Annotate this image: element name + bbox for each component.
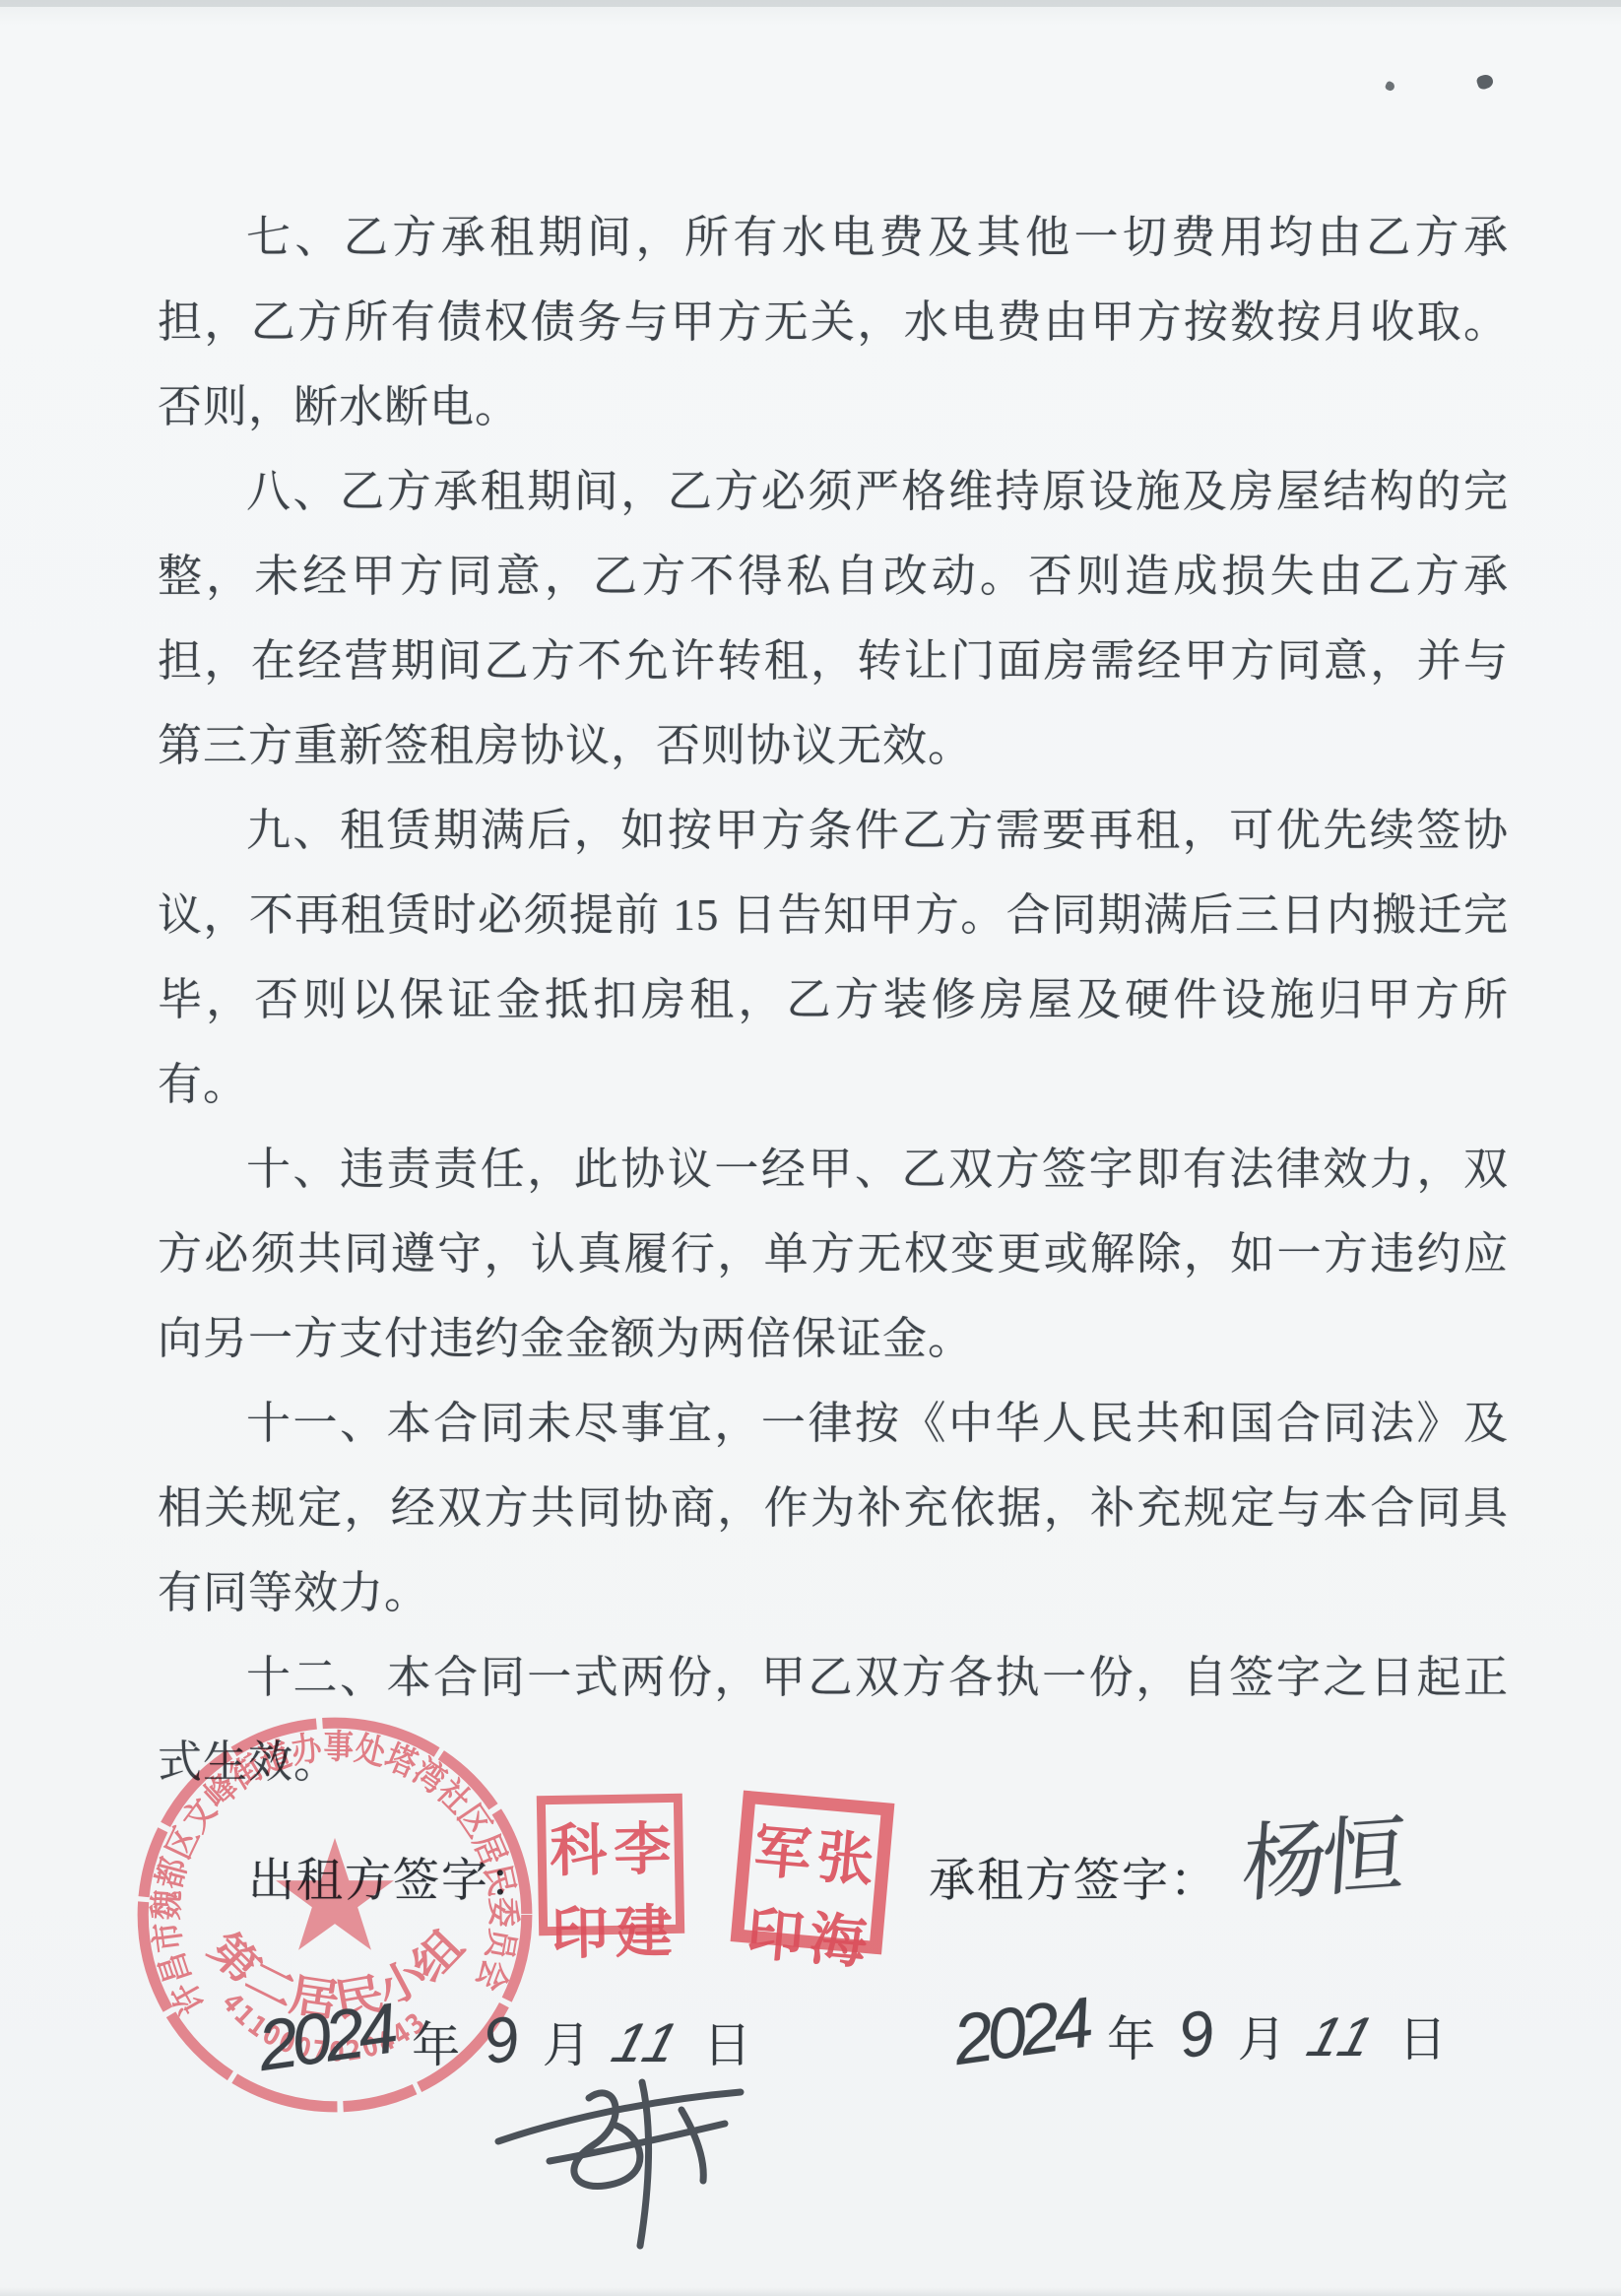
seal-char: 建 xyxy=(611,1885,676,1969)
contract-clause-11: 十一、本合同未尽事宜，一律按《中华人民共和国合同法》及相关规定，经双方共同协商，… xyxy=(158,1381,1509,1635)
seal-char: 印 xyxy=(547,1886,612,1970)
scan-speck xyxy=(1385,81,1396,93)
lessor-date-year-unit: 年 xyxy=(412,2007,460,2076)
scanned-contract-page: 七、乙方承租期间，所有水电费及其他一切费用均由乙方承担，乙方所有债权债务与甲方无… xyxy=(0,0,1621,2296)
scan-edge-top xyxy=(0,0,1621,7)
seal-star xyxy=(276,1838,394,1950)
lessee-date-year: 2024 xyxy=(948,1983,1092,2081)
scan-speck xyxy=(1475,73,1495,91)
lessor-handwritten-signature xyxy=(492,2065,788,2252)
lessee-date-year-unit: 年 xyxy=(1107,2001,1155,2070)
lessee-date-day-unit: 日 xyxy=(1398,2001,1447,2070)
lessee-date-day: 11 xyxy=(1300,2004,1384,2068)
seal-char: 张 xyxy=(810,1809,880,1897)
contract-clause-8: 八、乙方承租期间，乙方必须严格维持原设施及房屋结构的完整，未经甲方同意，乙方不得… xyxy=(158,449,1509,788)
lessee-date-month: 9 xyxy=(1173,1995,1220,2072)
seal-char: 印 xyxy=(741,1886,810,1974)
contract-clauses: 七、乙方承租期间，所有水电费及其他一切费用均由乙方承担，乙方所有债权债务与甲方无… xyxy=(158,195,1509,1804)
seal-char: 科 xyxy=(546,1804,611,1887)
contract-clause-10: 十、违责责任，此协议一经甲、乙双方签字即有法律效力，双方必须共同遵守，认真履行，… xyxy=(158,1127,1509,1381)
contract-clause-7: 七、乙方承租期间，所有水电费及其他一切费用均由乙方承担，乙方所有债权债务与甲方无… xyxy=(158,195,1509,449)
lessee-handwritten-signature: 杨恒 xyxy=(1239,1785,1404,1919)
lessee-signature-label: 承租方签字： xyxy=(929,1844,1218,1910)
seal-char: 李 xyxy=(610,1803,675,1886)
lessee-date-month-unit: 月 xyxy=(1238,2001,1286,2070)
scan-edge-bottom xyxy=(0,2287,1621,2296)
seal-char: 海 xyxy=(804,1892,874,1980)
lessor-date-year: 2024 xyxy=(253,1989,397,2087)
contract-clause-9: 九、租赁期满后，如按甲方条件乙方需要再租，可优先续签协议，不再租赁时必须提前 1… xyxy=(158,788,1509,1127)
name-seal-lijianke: 科 李 印 建 xyxy=(537,1794,684,1936)
lessee-date: 2024 年 9 月 11 日 xyxy=(953,1992,1460,2072)
seal-char: 军 xyxy=(748,1804,818,1892)
name-seal-zhanghaijun: 军 张 印 海 xyxy=(731,1791,895,1955)
